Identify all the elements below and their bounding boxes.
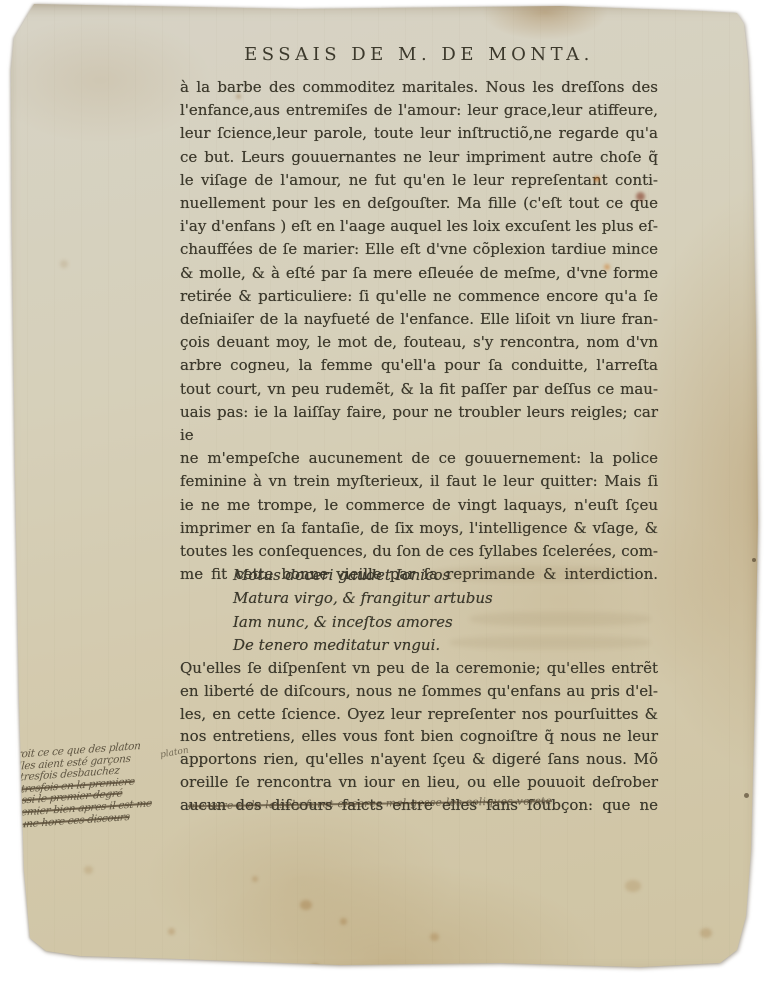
stain	[340, 918, 347, 925]
paragraph-1: à la barbe des commoditez maritales. Nou…	[180, 76, 658, 586]
bleed-through	[470, 612, 650, 626]
text-line: retirée & particuliere: ſi qu'elle ne co…	[180, 285, 658, 308]
text-line: le viſage de l'amour, ne fut qu'en le le…	[180, 169, 658, 192]
stain	[700, 928, 712, 938]
stain	[636, 192, 645, 201]
text-line: çois deuant moy, le mot de, fouteau, s'y…	[180, 331, 658, 354]
stain	[310, 964, 320, 970]
edge-speck	[744, 793, 749, 798]
stain	[60, 260, 68, 268]
scanned-page-wrap: ESSAIS DE M. DE MONTA. à la barbe des co…	[0, 0, 768, 984]
running-head: ESSAIS DE M. DE MONTA.	[180, 44, 658, 65]
stain	[430, 933, 439, 941]
bleed-through	[450, 636, 650, 649]
stain	[236, 94, 241, 99]
stain	[252, 876, 258, 882]
text-line: ce but. Leurs gouuernantes ne leur impri…	[180, 146, 658, 169]
book-page: ESSAIS DE M. DE MONTA. à la barbe des co…	[0, 0, 768, 984]
text-line: leur ſcience,leur parole, toute leur inſ…	[180, 122, 658, 145]
text-line: & molle, & à eſté par ſa mere eſleuée de…	[180, 262, 658, 285]
text-line: Qu'elles ſe diſpenſent vn peu de la cere…	[180, 657, 658, 680]
text-line: i'ay d'enfans ) eſt en l'aage auquel les…	[180, 215, 658, 238]
text-line: ne m'empeſche aucunement de ce gouuernem…	[180, 447, 658, 470]
text-line: à la barbe des commoditez maritales. Nou…	[180, 76, 658, 99]
stain	[84, 866, 93, 874]
edge-speck	[752, 558, 756, 562]
text-line: chauffées de ſe marier: Elle eſt d'vne c…	[180, 238, 658, 261]
text-line: en liberté de diſcours, nous ne ſommes q…	[180, 680, 658, 703]
stain	[594, 176, 600, 182]
stain	[168, 928, 175, 935]
text-line: deſniaiſer de la nayfueté de l'enfance. …	[180, 308, 658, 331]
text-line: feminine à vn trein myſterieux, il faut …	[180, 470, 658, 493]
text-line: arbre cogneu, la femme qu'ell'a pour ſa …	[180, 354, 658, 377]
stain	[625, 880, 641, 892]
text-line: ie ne me trompe, le commerce de vingt la…	[180, 494, 658, 517]
stain	[300, 900, 312, 910]
stain	[604, 264, 610, 270]
text-line: nuellement pour les en deſgouſter. Ma fi…	[180, 192, 658, 215]
text-line: l'enfance,aus entremiſes de l'amour: leu…	[180, 99, 658, 122]
bleed-through	[430, 566, 640, 582]
text-line: tout court, vn peu rudemẽt, & la fit paſ…	[180, 378, 658, 401]
text-line: toutes les conſequences, du ſon de ces ſ…	[180, 540, 658, 563]
verse-line: Matura virgo, & frangitur artubus	[233, 587, 653, 610]
text-line: uais pas: ie la laiſſay faire, pour ne t…	[180, 401, 658, 447]
text-line: imprimer en ſa fantaſie, de ſix moys, l'…	[180, 517, 658, 540]
text-line: les, en cette ſcience. Oyez leur repreſe…	[180, 703, 658, 726]
